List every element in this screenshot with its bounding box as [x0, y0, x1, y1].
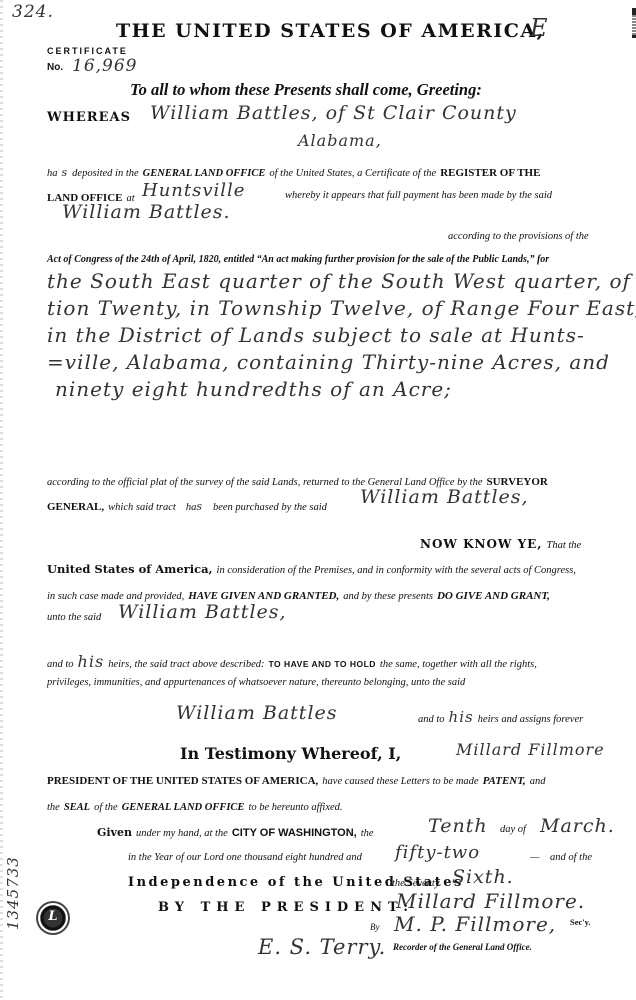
land-description: the South East quarter of the South West… [47, 268, 636, 403]
grantee-name-4: William Battles [176, 702, 338, 724]
unto-said-label: unto the said [47, 612, 101, 623]
deposit-line: ha s deposited in the GENERAL LAND OFFIC… [47, 163, 540, 181]
president-line: PRESIDENT OF THE UNITED STATES OF AMERIC… [47, 771, 545, 789]
year-text: in the Year of our Lord one thousand eig… [128, 852, 362, 863]
act-text: Act of Congress of the 24th of April, 18… [47, 254, 549, 265]
month-hw: March. [540, 815, 615, 837]
whereas-label: WHEREAS [47, 110, 131, 125]
by-the-president-label: BY THE PRESIDENT: [158, 900, 414, 915]
grantee-name-3: William Battles, [118, 601, 287, 623]
purchase-line: GENERAL, which said tract has been purch… [47, 497, 327, 515]
scan-left-edge [0, 0, 3, 1000]
land-description-line: tion Twenty, in Township Twelve, of Rang… [47, 295, 636, 322]
day-hw: Tenth [428, 815, 488, 837]
certificate-no-label: No. [47, 62, 63, 73]
assigns-line: and to his heirs and assigns forever [418, 708, 583, 727]
by-label: By [370, 922, 380, 932]
consideration-line: United States of America, in considerati… [47, 560, 576, 578]
scan-right-edge-noise [632, 15, 636, 35]
seal-line: the SEAL of the GENERAL LAND OFFICE to b… [47, 797, 343, 815]
land-office-seal-icon: L [40, 905, 66, 931]
and-of-the-text: and of the [550, 852, 592, 863]
grantee-residence-line2: Alabama, [298, 131, 382, 150]
certificate-number: 16,969 [72, 56, 137, 76]
year-hw: fifty-two [395, 842, 480, 863]
margin-document-number: 1345733 [4, 856, 22, 930]
header-mark: E [530, 14, 549, 42]
seventy-label: the Seventy [392, 878, 440, 889]
given-line: Given under my hand, at the CITY OF WASH… [97, 823, 374, 841]
heirs-line: and to his heirs, the said tract above d… [47, 652, 537, 672]
land-description-line: the South East quarter of the South West… [47, 268, 636, 295]
secretary-signature: M. P. Fillmore, [394, 912, 556, 936]
page-number: 324. [12, 2, 54, 22]
recorder-signature: E. S. Terry. [258, 935, 386, 959]
testimony-heading: In Testimony Whereof, I, [180, 744, 401, 763]
president-signature: Millard Fillmore. [396, 889, 585, 913]
president-name-hw: Millard Fillmore [456, 740, 605, 759]
land-description-line: ninety eight hundredths of an Acre; [47, 376, 636, 403]
grantee-name-2: William Battles, [360, 486, 529, 508]
secretary-title: Sec'y. [570, 917, 591, 927]
recorder-title: Recorder of the General Land Office. [393, 942, 532, 952]
day-of-label: day of [500, 824, 526, 835]
grantee-name-1: William Battles. [62, 201, 231, 223]
greeting: To all to whom these Presents shall come… [130, 80, 482, 100]
land-description-line: in the District of Lands subject to sale… [47, 322, 636, 349]
certificate-label: CERTIFICATE [47, 46, 128, 56]
privileges-text: privileges, immunities, and appurtenance… [47, 677, 465, 688]
land-description-line: =ville, Alabama, containing Thirty-nine … [47, 349, 636, 376]
ordinal-hw: Sixth. [452, 866, 514, 888]
land-office-location: Huntsville [142, 180, 245, 201]
year-dash: — [530, 852, 539, 863]
now-know-ye-line: NOW KNOW YE, That the [420, 535, 581, 553]
provisions-text: according to the provisions of the [448, 231, 589, 242]
header-title: THE UNITED STATES OF AMERICA, [116, 20, 545, 42]
grantee-residence-line1: William Battles, of St Clair County [150, 102, 517, 124]
whereby-text: whereby it appears that full payment has… [285, 190, 552, 201]
